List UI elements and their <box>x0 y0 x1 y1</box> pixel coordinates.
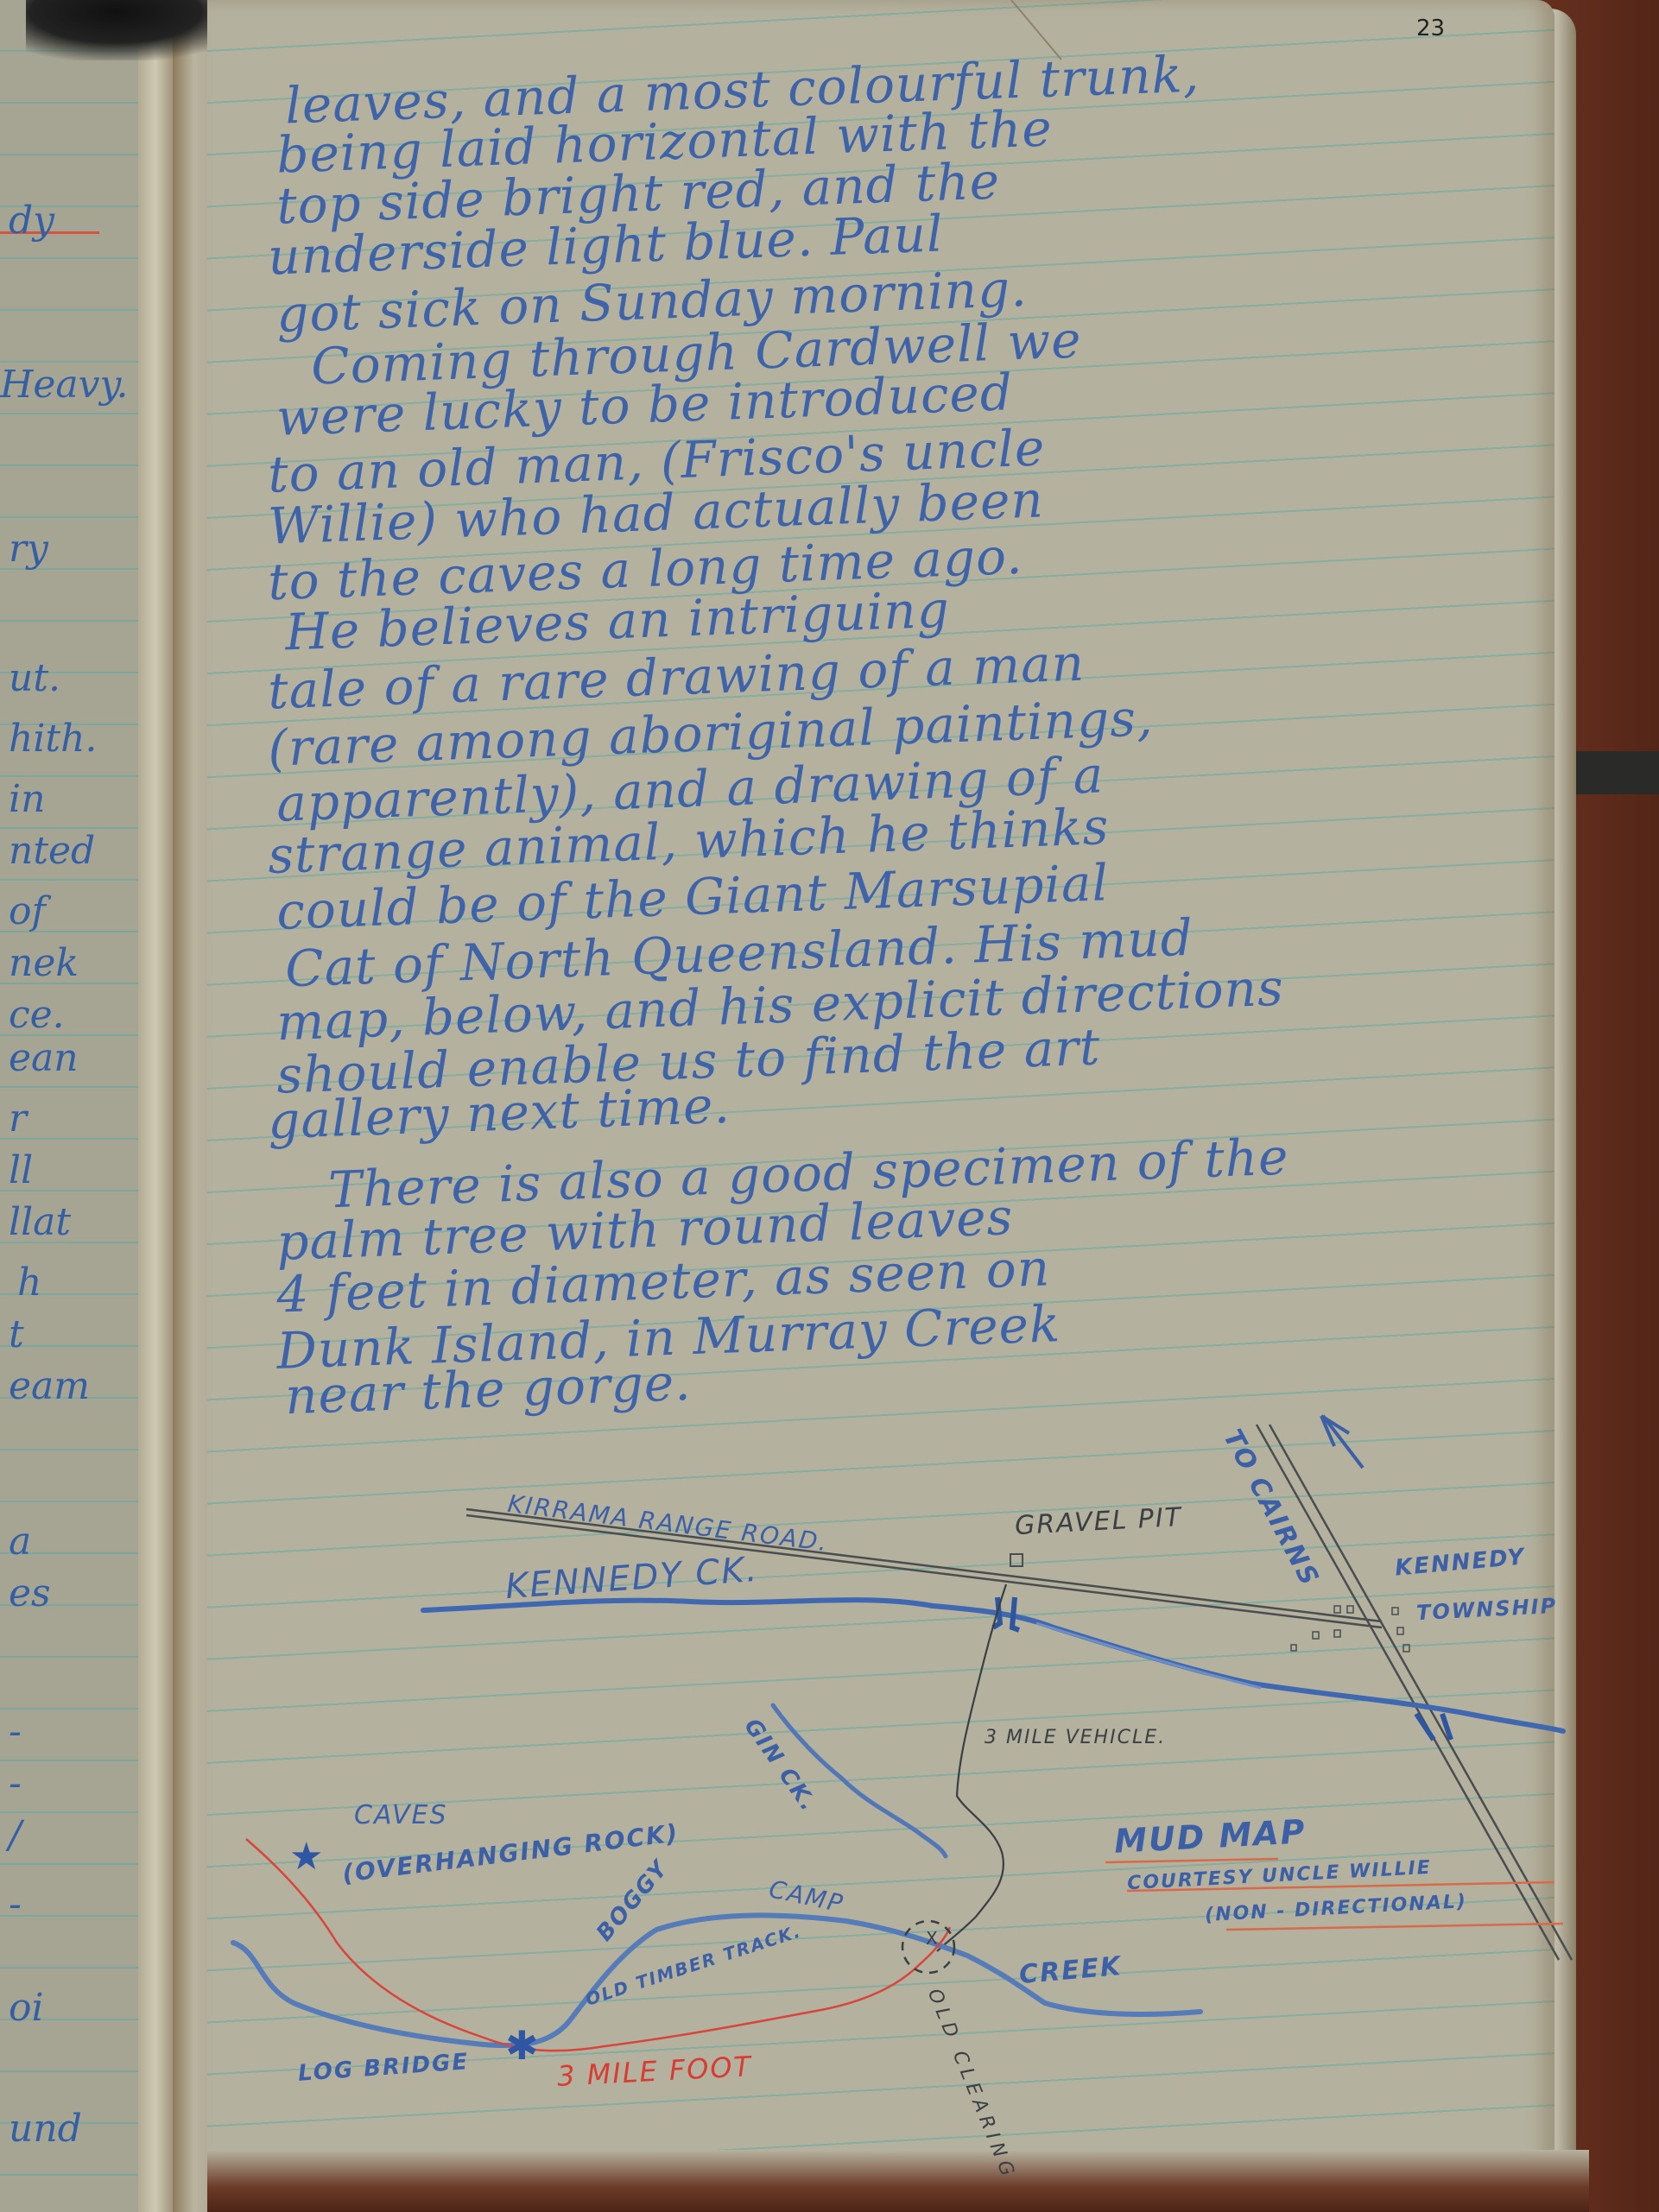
left-page-fragment: - <box>9 1761 22 1805</box>
left-page-fragment: h <box>17 1261 41 1305</box>
left-page-fragment: nted <box>9 829 95 873</box>
left-page-fragment: ut. <box>9 656 60 700</box>
left-page-fragment: ll <box>9 1148 33 1192</box>
left-page-fragment: eam <box>9 1364 90 1408</box>
left-page-fragment: ean <box>9 1036 79 1080</box>
left-page-fragment: - <box>9 1710 22 1754</box>
left-page-fragment: a <box>9 1520 31 1564</box>
left-page-fragment: Heavy. <box>0 363 129 407</box>
left-page-fragment: und <box>9 2107 82 2151</box>
left-page-fragment: ce. <box>9 993 65 1037</box>
left-page-fragment: dy <box>9 199 54 243</box>
left-page-fragment: ry <box>9 527 48 571</box>
left-page-fragment: of <box>9 889 46 933</box>
left-page-fragment: / <box>9 1813 22 1857</box>
left-page-fragment: oi <box>9 1986 44 2030</box>
page-number: 23 <box>1416 16 1445 41</box>
left-page-fragment: es <box>9 1571 51 1615</box>
map-label-3-mile-vehicle: 3 MILE VEHICLE. <box>985 1727 1166 1748</box>
left-page-fragment: hith. <box>9 717 97 761</box>
left-page-fragment: in <box>9 777 45 821</box>
left-page-fragment: t <box>9 1312 24 1356</box>
map-label-caves: CAVES <box>354 1800 448 1830</box>
surface-dark-band <box>1572 751 1659 794</box>
left-page-fragment: r <box>9 1097 27 1141</box>
page-bottom-edge <box>207 2150 1589 2212</box>
left-page-fragment: - <box>9 1882 22 1926</box>
left-page-fragment: nek <box>9 941 79 985</box>
left-page-fragment: llat <box>9 1200 71 1244</box>
